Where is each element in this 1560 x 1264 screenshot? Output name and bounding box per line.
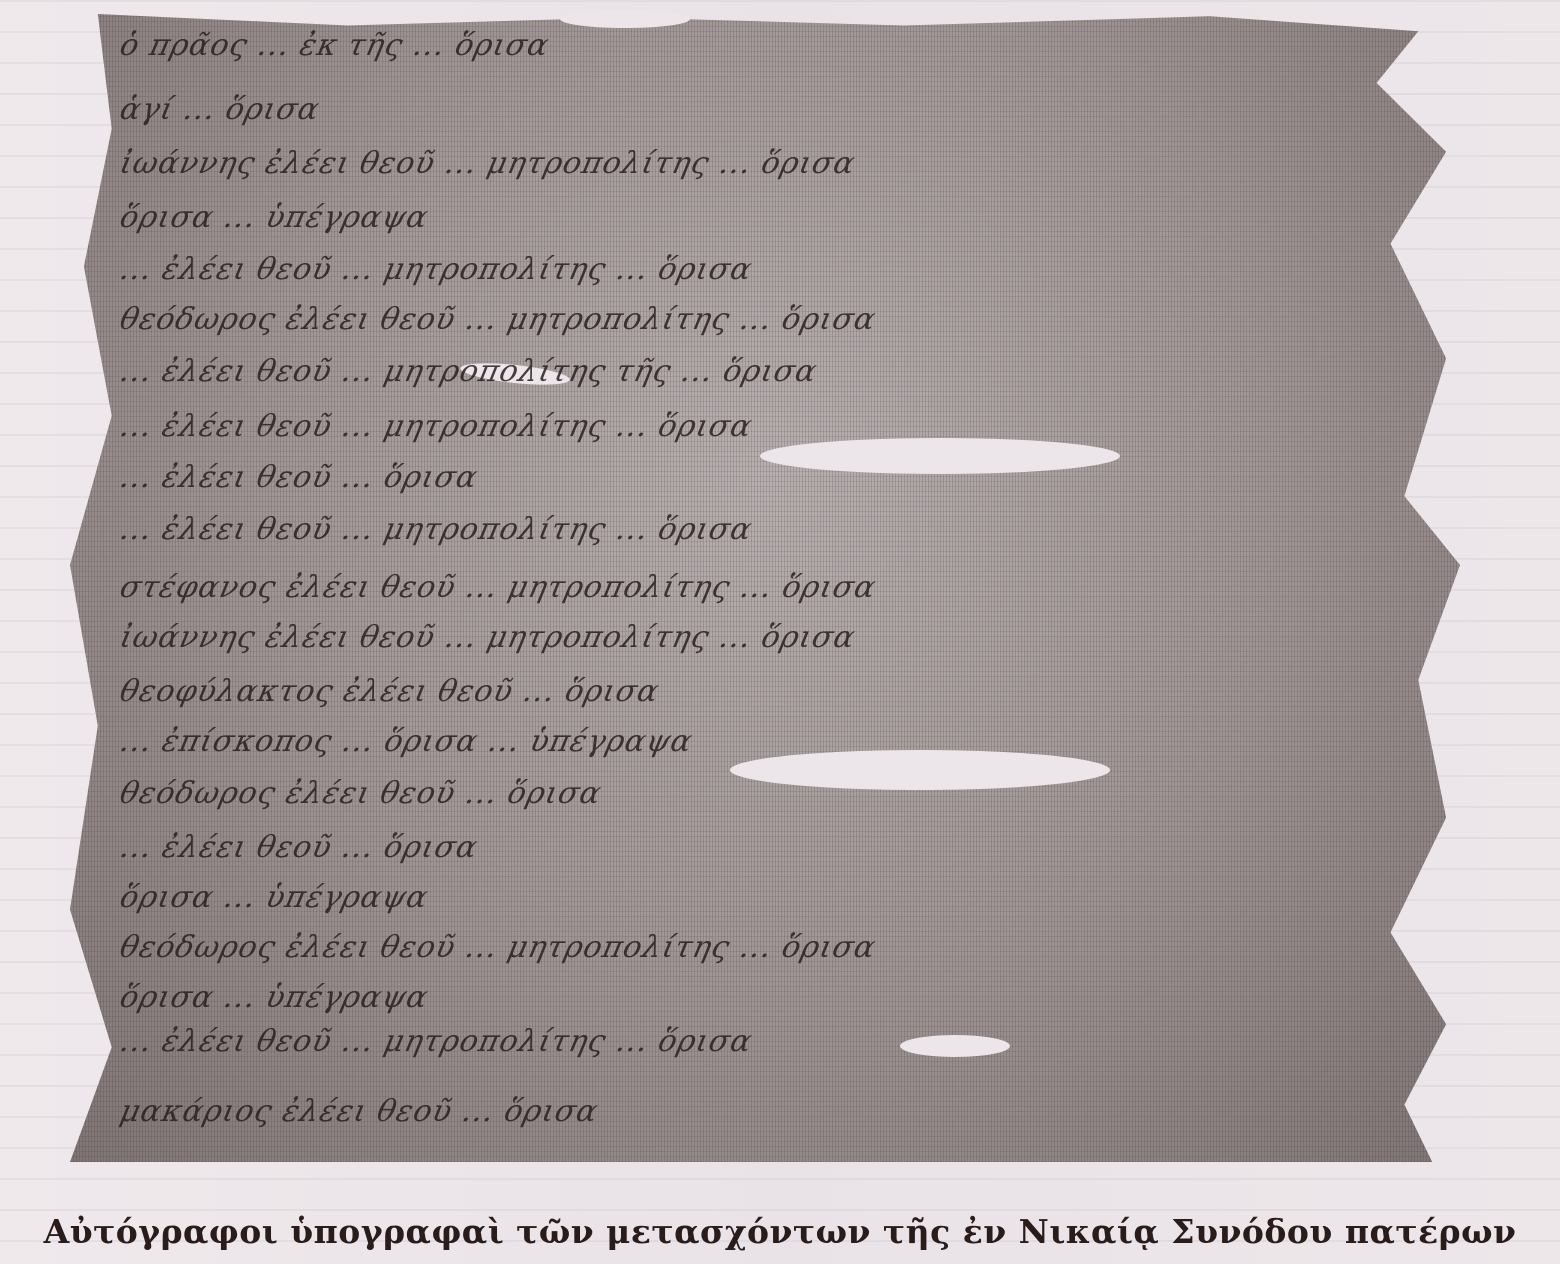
manuscript-line: ὅρισα ... ὑπέγραψα <box>116 980 432 1020</box>
manuscript-line: ἰωάννης ἐλέει θεοῦ ... μητροπολίτης ... … <box>116 146 859 186</box>
manuscript-line: ... ἐλέει θεοῦ ... μητροπολίτης ... ὅρισ… <box>116 252 756 292</box>
manuscript-line: ... ἐλέει θεοῦ ... μητροπολίτης ... ὅρισ… <box>116 512 756 552</box>
manuscript-line: ... ἐλέει θεοῦ ... μητροπολίτης ... ὅρισ… <box>116 409 756 449</box>
manuscript-line: ... ἐλέει θεοῦ ... μητροπολίτης ... ὅρισ… <box>116 1024 756 1064</box>
manuscript-line: ... ἐλέει θεοῦ ... ὅρισα <box>116 830 482 870</box>
manuscript-line: ... ἐπίσκοπος ... ὅρισα ... ὑπέγραψα <box>116 724 696 764</box>
manuscript-line: ἰωάννης ἐλέει θεοῦ ... μητροπολίτης ... … <box>116 620 859 660</box>
manuscript-line: θεόδωρος ἐλέει θεοῦ ... μητροπολίτης ...… <box>116 302 880 342</box>
manuscript-line: ὅρισα ... ὑπέγραψα <box>116 200 432 240</box>
manuscript-line: ... ἐλέει θεοῦ ... ὅρισα <box>116 460 482 500</box>
manuscript-line: ὁ πρᾶος ... ἐκ τῆς ... ὅρισα <box>116 28 553 68</box>
manuscript-line: θεόδωρος ἐλέει θεοῦ ... ὅρισα <box>116 776 605 816</box>
figure-caption: Αὐτόγραφοι ὑπογραφαὶ τῶν μετασχόντων τῆς… <box>0 1212 1560 1251</box>
manuscript-line: θεόδωρος ἐλέει θεοῦ ... μητροπολίτης ...… <box>116 930 880 970</box>
manuscript-line: ὅρισα ... ὑπέγραψα <box>116 880 432 920</box>
manuscript-line: μακάριος ἐλέει θεοῦ ... ὅρισα <box>116 1094 602 1134</box>
manuscript-line: στέφανος ἐλέει θεοῦ ... μητροπολίτης ...… <box>116 570 880 610</box>
manuscript-line: θεοφύλακτος ἐλέει θεοῦ ... ὅρισα <box>116 674 663 714</box>
manuscript-line: ἁγί ... ὅρισα <box>116 92 323 132</box>
facing-page-text-bleed <box>1465 0 1560 1190</box>
manuscript-line: ... ἐλέει θεοῦ ... μητροπολίτης τῆς ... … <box>116 354 821 394</box>
